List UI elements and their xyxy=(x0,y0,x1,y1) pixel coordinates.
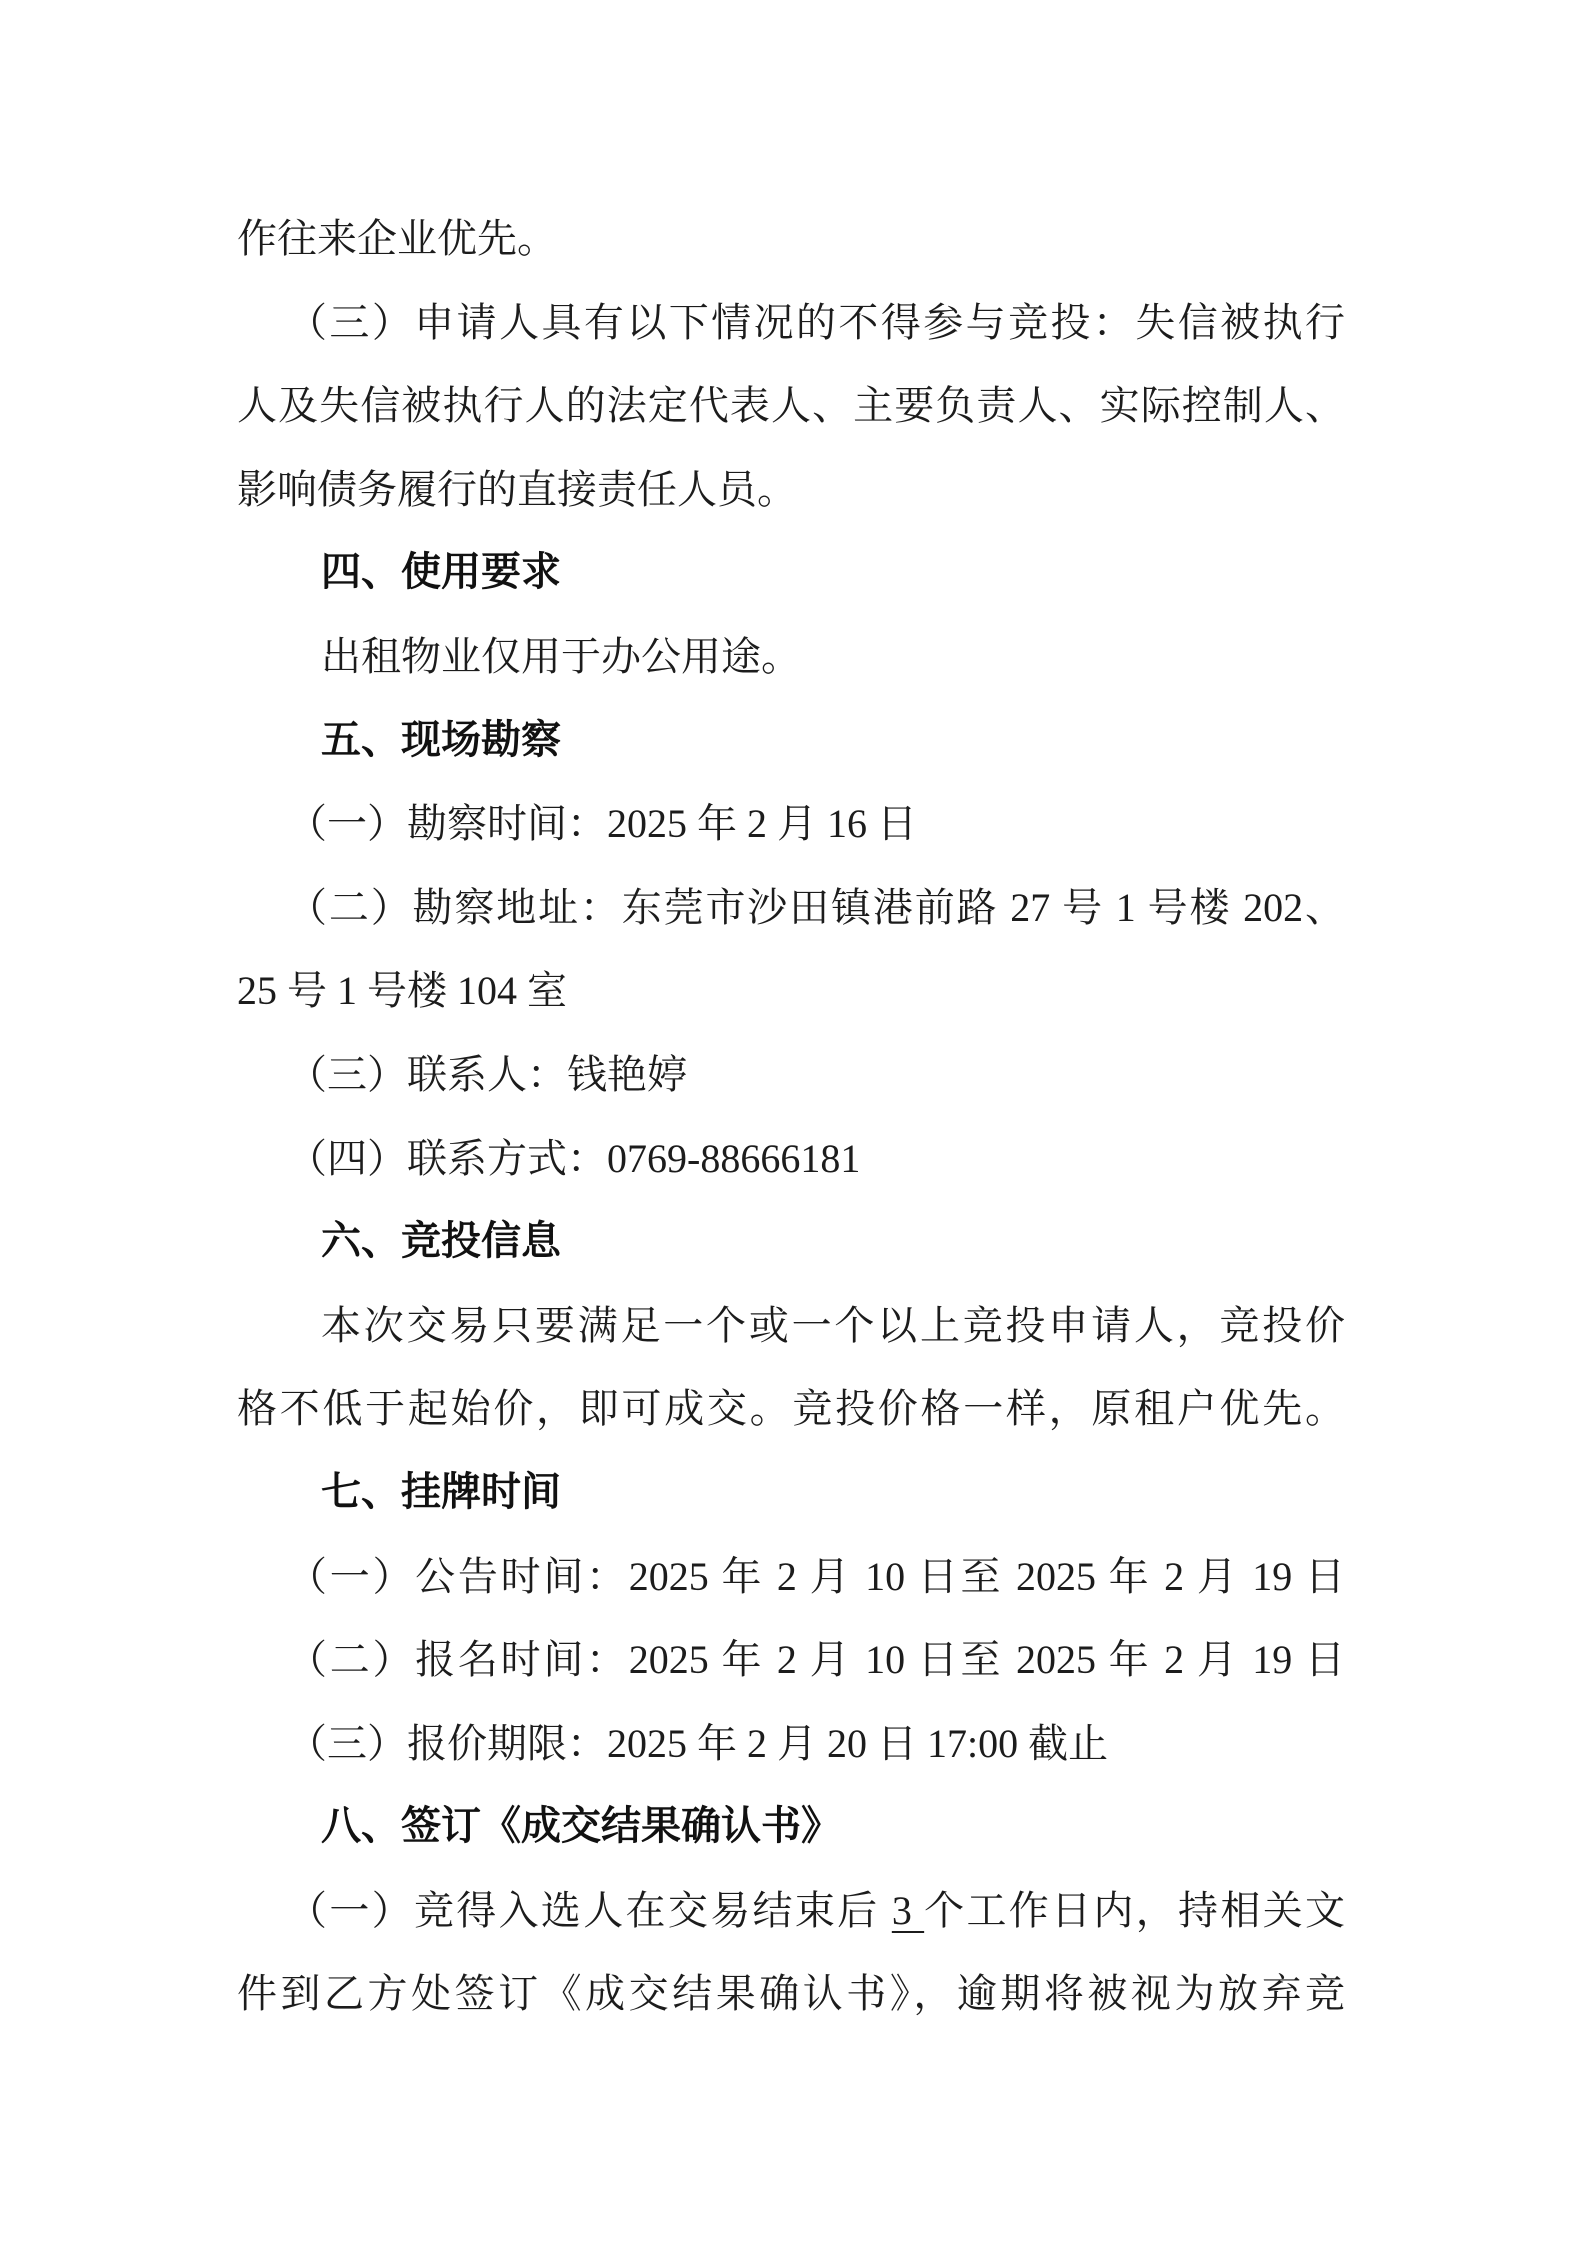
text-segment: 个工作日内，持相关文 xyxy=(924,1888,1345,1933)
document-line: 件到乙方处签订《成交结果确认书》，逾期将被视为放弃竞 xyxy=(237,1952,1345,2036)
document-line: （三）联系人：钱艳婷 xyxy=(237,1033,1345,1117)
document-line: （一）竞得入选人在交易结束后 3 个工作日内，持相关文 xyxy=(237,1869,1345,1953)
section-heading: 四、使用要求 xyxy=(237,531,1345,615)
document-page: 作往来企业优先。（三）申请人具有以下情况的不得参与竞投：失信被执行人及失信被执行… xyxy=(0,0,1588,2245)
document-line: （三）申请人具有以下情况的不得参与竞投：失信被执行 xyxy=(237,281,1345,365)
section-heading: 七、挂牌时间 xyxy=(237,1451,1345,1535)
text-segment: （一）竞得入选人在交易结束后 xyxy=(287,1888,892,1933)
document-line: 作往来企业优先。 xyxy=(237,197,1345,281)
document-text-block: 作往来企业优先。（三）申请人具有以下情况的不得参与竞投：失信被执行人及失信被执行… xyxy=(237,197,1345,2036)
document-line: 本次交易只要满足一个或一个以上竞投申请人，竞投价 xyxy=(237,1284,1345,1368)
document-line: （二）勘察地址：东莞市沙田镇港前路 27 号 1 号楼 202、 xyxy=(237,866,1345,950)
document-line: （一）勘察时间：2025 年 2 月 16 日 xyxy=(237,782,1345,866)
document-line: 人及失信被执行人的法定代表人、主要负责人、实际控制人、 xyxy=(237,364,1345,448)
document-line: 格不低于起始价，即可成交。竞投价格一样，原租户优先。 xyxy=(237,1367,1345,1451)
document-line: （四）联系方式：0769-88666181 xyxy=(237,1117,1345,1201)
document-line: 影响债务履行的直接责任人员。 xyxy=(237,448,1345,532)
document-line: （二）报名时间：2025 年 2 月 10 日至 2025 年 2 月 19 日 xyxy=(237,1618,1345,1702)
document-line: 出租物业仅用于办公用途。 xyxy=(237,615,1345,699)
section-heading: 八、签订《成交结果确认书》 xyxy=(237,1785,1345,1869)
document-line: 25 号 1 号楼 104 室 xyxy=(237,949,1345,1033)
section-heading: 五、现场勘察 xyxy=(237,699,1345,783)
section-heading: 六、竞投信息 xyxy=(237,1200,1345,1284)
document-line: （一）公告时间：2025 年 2 月 10 日至 2025 年 2 月 19 日 xyxy=(237,1535,1345,1619)
underlined-value: 3 xyxy=(892,1888,924,1933)
document-line: （三）报价期限：2025 年 2 月 20 日 17:00 截止 xyxy=(237,1702,1345,1786)
